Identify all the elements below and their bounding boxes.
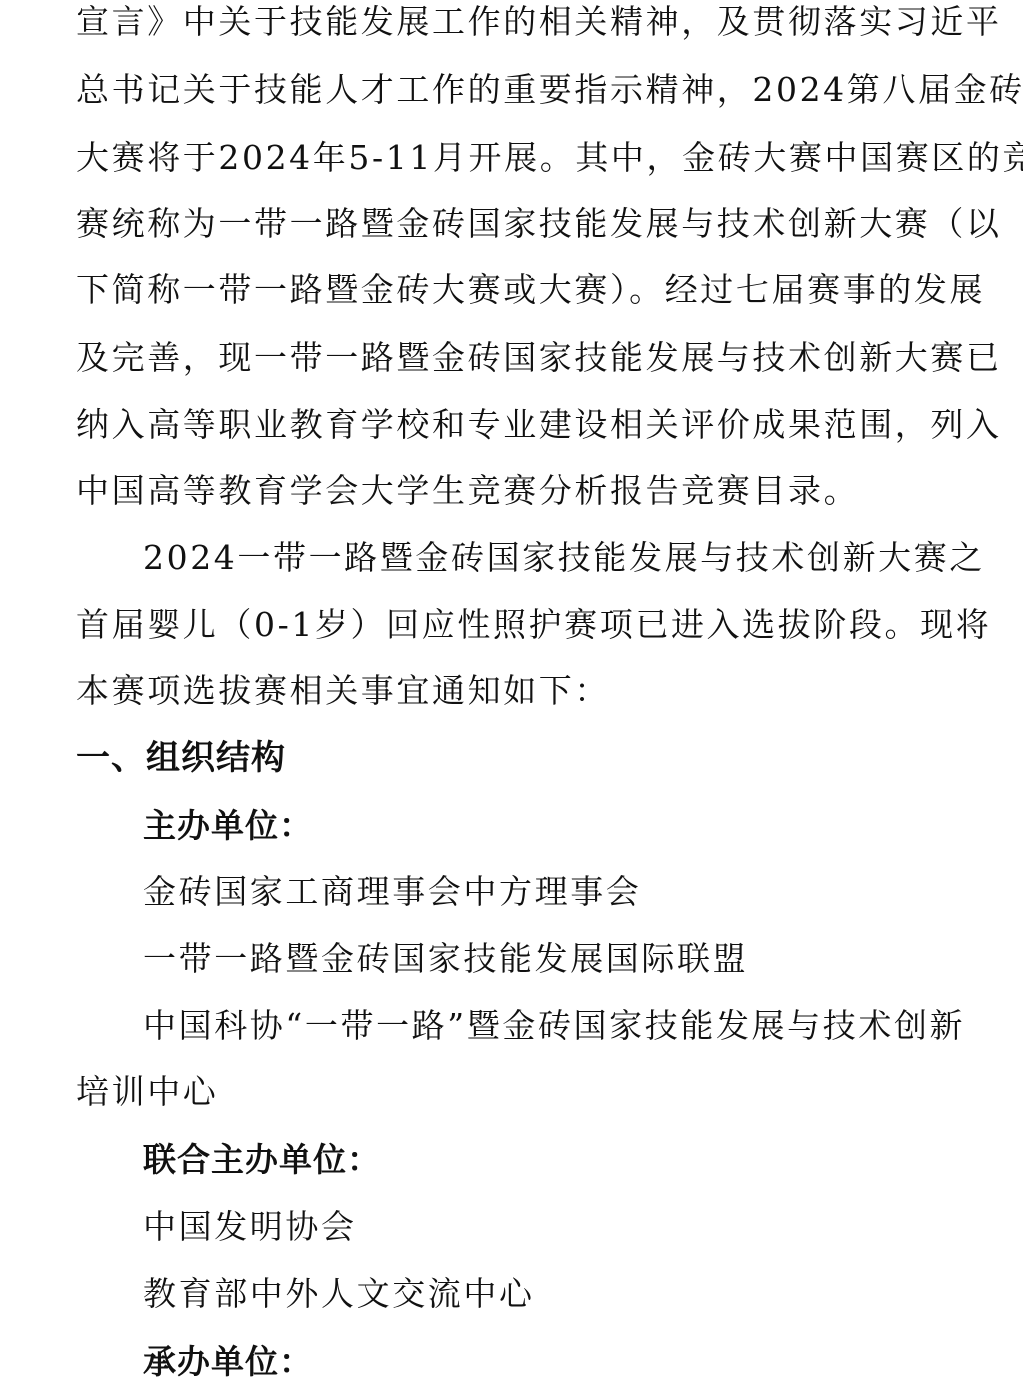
organizer-item: 金砖国家工商理事会中方理事会 xyxy=(143,872,641,912)
paragraph-line: 总书记关于技能人才工作的重要指示精神，2024第八届金砖 xyxy=(76,70,1023,110)
organizer-item: 一带一路暨金砖国家技能发展国际联盟 xyxy=(143,939,748,979)
section-heading: 一、组织结构 xyxy=(76,738,286,778)
co-organizer-item: 教育部中外人文交流中心 xyxy=(143,1274,535,1314)
paragraph-line: 大赛将于2024年5-11月开展。其中，金砖大赛中国赛区的竞 xyxy=(76,138,1023,178)
organizer-item: 中国科协“一带一路”暨金砖国家技能发展与技术创新 xyxy=(143,1006,965,1046)
document-page: 宣言》中关于技能发展工作的相关精神，及贯彻落实习近平 总书记关于技能人才工作的重… xyxy=(0,0,1023,1391)
paragraph-line: 及完善，现一带一路暨金砖国家技能发展与技术创新大赛已 xyxy=(76,338,1002,378)
organizer-item: 培训中心 xyxy=(76,1072,218,1112)
organizers-label: 主办单位： xyxy=(143,806,313,846)
paragraph-line: 首届婴儿（0-1岁）回应性照护赛项已进入选拔阶段。现将 xyxy=(76,605,991,645)
paragraph-line: 赛统称为一带一路暨金砖国家技能发展与技术创新大赛（以 xyxy=(76,204,1002,244)
paragraph-line: 本赛项选拔赛相关事宜通知如下： xyxy=(76,671,610,711)
paragraph-line: 下简称一带一路暨金砖大赛或大赛）。经过七届赛事的发展 xyxy=(76,270,985,310)
paragraph-line: 纳入高等职业教育学校和专业建设相关评价成果范围，列入 xyxy=(76,405,1002,445)
paragraph-line: 宣言》中关于技能发展工作的相关精神，及贯彻落实习近平 xyxy=(76,2,1002,42)
undertakers-label: 承办单位： xyxy=(143,1342,313,1382)
co-organizers-label: 联合主办单位： xyxy=(143,1140,381,1180)
paragraph-line: 中国高等教育学会大学生竞赛分析报告竞赛目录。 xyxy=(76,471,859,511)
co-organizer-item: 中国发明协会 xyxy=(143,1207,357,1247)
paragraph-line: 2024一带一路暨金砖国家技能发展与技术创新大赛之 xyxy=(143,538,985,578)
